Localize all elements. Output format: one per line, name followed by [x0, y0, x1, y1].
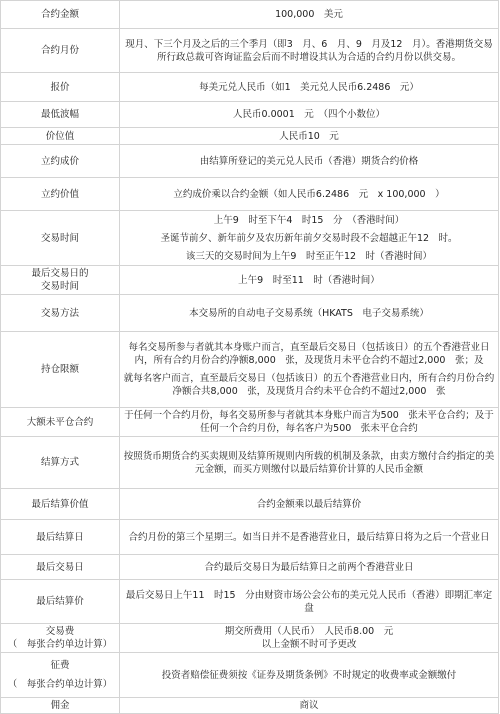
row-value-paragraph: 投资者赔偿征费须按《证券及期货条例》不时规定的收费率或金额缴付 [123, 669, 495, 682]
row-value-paragraph: 人民币0.0001 元 （四个小数位） [123, 108, 495, 121]
row-value: 投资者赔偿征费须按《证券及期货条例》不时规定的收费率或金额缴付 [120, 653, 499, 698]
table-row: 佣金商议 [1, 698, 499, 711]
row-label: 交易方法 [1, 295, 120, 332]
row-value-paragraph: 商议 [123, 699, 495, 710]
table-row: 立约成价由结算所登记的美元兑人民币（香港）期货合约价格 [1, 145, 499, 178]
row-value-paragraph: 以上金额不时可予更改 [123, 638, 495, 651]
row-value-paragraph: 100,000 美元 [123, 8, 495, 21]
table-row: 最后结算日合约月份的第三个星期三。如当日并不是香港营业日，最后结算日将为之后一个… [1, 520, 499, 555]
table-row: 最后交易日的交易时间上午9 时至11 时（香港时间） [1, 266, 499, 295]
row-label: 合约金额 [1, 1, 120, 29]
row-label: 最后交易日 [1, 555, 120, 580]
row-value: 由结算所登记的美元兑人民币（香港）期货合约价格 [120, 145, 499, 178]
table-row: 最后交易日合约最后交易日为最后结算日之前两个香港营业日 [1, 555, 499, 580]
row-value-paragraph: 由结算所登记的美元兑人民币（香港）期货合约价格 [123, 155, 495, 168]
table-row: 最低波幅人民币0.0001 元 （四个小数位） [1, 102, 499, 128]
row-label: 大额未平仓合约 [1, 408, 120, 437]
row-value: 于任何一个合约月份，每名交易所参与者就其本身账户而言为500 张未平仓合约；及于… [120, 408, 499, 437]
row-label-line: （ 每张合约单边计算） [4, 678, 116, 691]
row-label-line: （ 每张合约单边计算） [4, 638, 116, 651]
row-value: 期交所费用（人民币） 人民币8.00 元以上金额不时可予更改 [120, 624, 499, 653]
table-row: 大额未平仓合约于任何一个合约月份，每名交易所参与者就其本身账户而言为500 张未… [1, 408, 499, 437]
row-value-paragraph: 人民币10 元 [123, 130, 495, 143]
row-value-paragraph: 圣诞节前夕、新年前夕及农历新年前夕交易时段不会超越正午12 时。 [123, 232, 495, 245]
table-row: 交易时间上午9 时至下午4 时15 分 （香港时间）圣诞节前夕、新年前夕及农历新… [1, 211, 499, 266]
row-value: 合约最后交易日为最后结算日之前两个香港营业日 [120, 555, 499, 580]
table-row: 最后结算价最后交易日上午11 时15 分由财资市场公会公布的美元兑人民币（香港）… [1, 580, 499, 624]
row-value: 人民币0.0001 元 （四个小数位） [120, 102, 499, 128]
table-row: 交易方法本交易所的自动电子交易系统（HKATS 电子交易系统） [1, 295, 499, 332]
row-value: 商议 [120, 698, 499, 711]
row-value-paragraph: 就每名客户而言，直至最后交易日（包括该日）的五个香港营业日内，所有合约月份合约净… [123, 372, 495, 398]
row-value-paragraph: 本交易所的自动电子交易系统（HKATS 电子交易系统） [123, 307, 495, 320]
row-label: 结算方式 [1, 437, 120, 489]
row-label: 价位值 [1, 128, 120, 145]
row-label: 持仓限额 [1, 332, 120, 408]
row-value-paragraph: 于任何一个合约月份，每名交易所参与者就其本身账户而言为500 张未平仓合约；及于… [123, 409, 495, 435]
table-row: 报价每美元兑人民币（如1 美元兑人民币6.2486 元） [1, 73, 499, 102]
row-value: 最后交易日上午11 时15 分由财资市场公会公布的美元兑人民币（香港）即期汇率定… [120, 580, 499, 624]
table-row: 征费（ 每张合约单边计算）投资者赔偿征费须按《证券及期货条例》不时规定的收费率或… [1, 653, 499, 698]
row-value: 合约金额乘以最后结算价 [120, 489, 499, 520]
row-value: 立约成价乘以合约金额（如人民币6.2486 元 x 100,000 ） [120, 178, 499, 211]
row-label: 立约成价 [1, 145, 120, 178]
row-label: 合约月份 [1, 29, 120, 73]
row-value-paragraph: 每美元兑人民币（如1 美元兑人民币6.2486 元） [123, 81, 495, 94]
row-label: 征费（ 每张合约单边计算） [1, 653, 120, 698]
row-label-line: 征费 [4, 659, 116, 672]
row-label: 最后结算价值 [1, 489, 120, 520]
row-value: 合约月份的第三个星期三。如当日并不是香港营业日，最后结算日将为之后一个营业日 [120, 520, 499, 555]
contract-spec-table: 合约金额100,000 美元合约月份现月、下三个月及之后的三个季月（即3 月、6… [0, 0, 499, 710]
row-label: 最后结算价 [1, 580, 120, 624]
row-value-paragraph: 上午9 时至11 时（香港时间） [123, 274, 495, 287]
row-label: 报价 [1, 73, 120, 102]
table-row: 合约月份现月、下三个月及之后的三个季月（即3 月、6 月、9 月及12 月）。香… [1, 29, 499, 73]
row-value-paragraph: 按照货币期货合约买卖规则及结算所规则内所载的机制及条款，由卖方缴付合约指定的美元… [123, 450, 495, 476]
row-value: 现月、下三个月及之后的三个季月（即3 月、6 月、9 月及12 月）。香港期货交… [120, 29, 499, 73]
row-value: 100,000 美元 [120, 1, 499, 29]
row-value-paragraph: 合约月份的第三个星期三。如当日并不是香港营业日，最后结算日将为之后一个营业日 [123, 531, 495, 544]
row-value: 本交易所的自动电子交易系统（HKATS 电子交易系统） [120, 295, 499, 332]
row-label: 佣金 [1, 698, 120, 711]
table-row: 立约价值立约成价乘以合约金额（如人民币6.2486 元 x 100,000 ） [1, 178, 499, 211]
row-label: 交易费（ 每张合约单边计算） [1, 624, 120, 653]
row-value-paragraph: 该三天的交易时间为上午9 时至正午12 时（香港时间） [123, 250, 495, 263]
row-value-paragraph: 合约最后交易日为最后结算日之前两个香港营业日 [123, 561, 495, 574]
table-row: 交易费（ 每张合约单边计算）期交所费用（人民币） 人民币8.00 元以上金额不时… [1, 624, 499, 653]
table-row: 价位值人民币10 元 [1, 128, 499, 145]
row-label: 立约价值 [1, 178, 120, 211]
row-label-line: 交易费 [4, 625, 116, 638]
table-row: 持仓限额每名交易所参与者就其本身账户而言，直至最后交易日（包括该日）的五个香港营… [1, 332, 499, 408]
row-value: 每名交易所参与者就其本身账户而言，直至最后交易日（包括该日）的五个香港营业日内，… [120, 332, 499, 408]
row-value: 人民币10 元 [120, 128, 499, 145]
row-label: 交易时间 [1, 211, 120, 266]
row-value-paragraph: 每名交易所参与者就其本身账户而言，直至最后交易日（包括该日）的五个香港营业日内，… [123, 341, 495, 367]
table-row: 结算方式按照货币期货合约买卖规则及结算所规则内所载的机制及条款，由卖方缴付合约指… [1, 437, 499, 489]
row-label-line: 交易时间 [4, 280, 116, 293]
row-value: 上午9 时至下午4 时15 分 （香港时间）圣诞节前夕、新年前夕及农历新年前夕交… [120, 211, 499, 266]
table-row: 最后结算价值合约金额乘以最后结算价 [1, 489, 499, 520]
row-value-paragraph: 立约成价乘以合约金额（如人民币6.2486 元 x 100,000 ） [123, 188, 495, 201]
row-value-paragraph: 最后交易日上午11 时15 分由财资市场公会公布的美元兑人民币（香港）即期汇率定… [123, 589, 495, 615]
row-value: 按照货币期货合约买卖规则及结算所规则内所载的机制及条款，由卖方缴付合约指定的美元… [120, 437, 499, 489]
row-value-paragraph: 期交所费用（人民币） 人民币8.00 元 [123, 625, 495, 638]
row-value-paragraph: 上午9 时至下午4 时15 分 （香港时间） [123, 214, 495, 227]
row-value-paragraph: 合约金额乘以最后结算价 [123, 498, 495, 511]
row-value-paragraph: 现月、下三个月及之后的三个季月（即3 月、6 月、9 月及12 月）。香港期货交… [123, 38, 495, 64]
row-value: 上午9 时至11 时（香港时间） [120, 266, 499, 295]
row-label: 最后结算日 [1, 520, 120, 555]
row-label: 最后交易日的交易时间 [1, 266, 120, 295]
row-label: 最低波幅 [1, 102, 120, 128]
table-row: 合约金额100,000 美元 [1, 1, 499, 29]
row-label-line: 最后交易日的 [4, 267, 116, 280]
row-value: 每美元兑人民币（如1 美元兑人民币6.2486 元） [120, 73, 499, 102]
